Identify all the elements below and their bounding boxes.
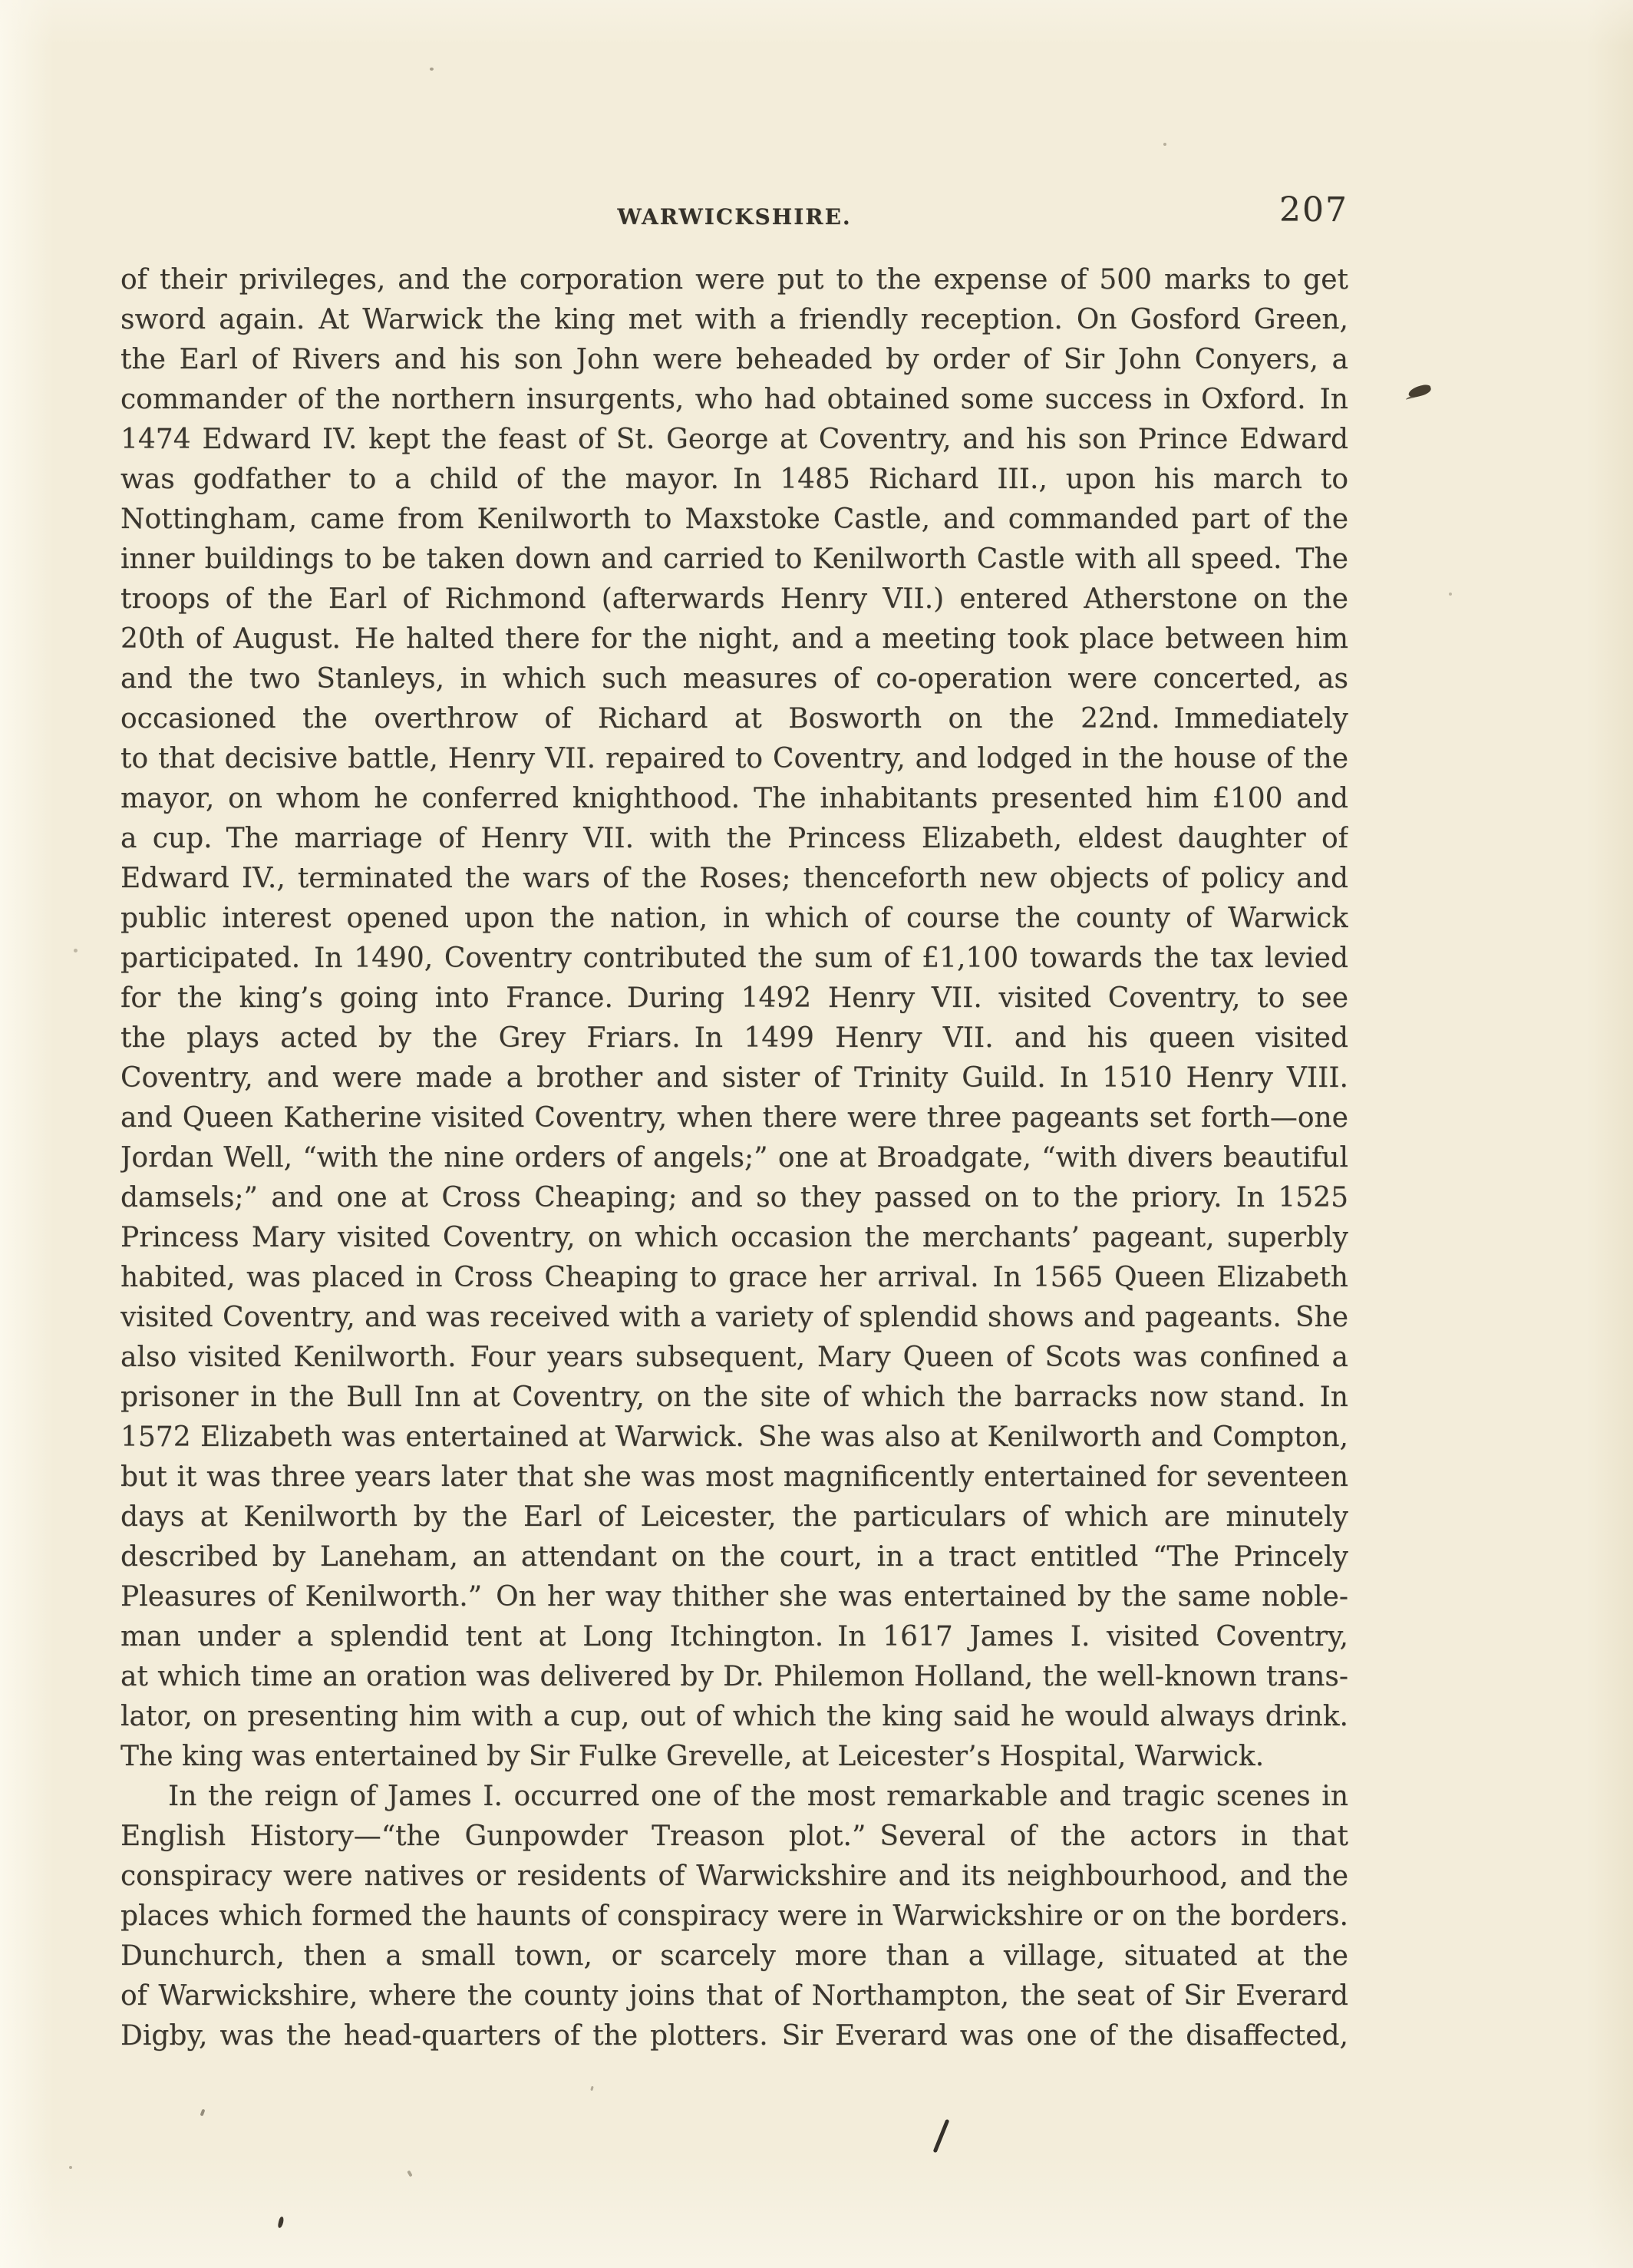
text-line: sword again. At Warwick the king met wit…	[120, 300, 1348, 340]
page-number: 207	[1268, 190, 1348, 229]
text-line: a cup. The marriage of Henry VII. with t…	[120, 819, 1348, 859]
text-line: Nottingham, came from Kenilworth to Maxs…	[120, 500, 1348, 540]
text-line: man under a splendid tent at Long Itchin…	[120, 1617, 1348, 1657]
text-line: Dunchurch, then a small town, or scarcel…	[120, 1936, 1348, 1976]
text-line: The king was entertained by Sir Fulke Gr…	[120, 1737, 1348, 1777]
text-line: Princess Mary visited Coventry, on which…	[120, 1218, 1348, 1258]
text-line: damsels;” and one at Cross Cheaping; and…	[120, 1178, 1348, 1218]
text-line: places which formed the haunts of conspi…	[120, 1897, 1348, 1936]
text-line: participated. In 1490, Coventry contribu…	[120, 939, 1348, 979]
text-line: at which time an oration was delivered b…	[120, 1657, 1348, 1697]
text-line: occasioned the overthrow of Richard at B…	[120, 699, 1348, 739]
text-line: Pleasures of Kenilworth.” On her way thi…	[120, 1577, 1348, 1617]
text-line: inner buildings to be taken down and car…	[120, 540, 1348, 579]
paper-speck	[1449, 593, 1452, 596]
text-line: 20th of August. He halted there for the …	[120, 619, 1348, 659]
text-line: Edward IV., terminated the wars of the R…	[120, 859, 1348, 899]
text-line: prisoner in the Bull Inn at Coventry, on…	[120, 1378, 1348, 1418]
text-line: days at Kenilworth by the Earl of Leices…	[120, 1497, 1348, 1537]
text-line: 1474 Edward IV. kept the feast of St. Ge…	[120, 420, 1348, 460]
text-line: lator, on presenting him with a cup, out…	[120, 1697, 1348, 1737]
text-line: for the king’s going into France. During…	[120, 979, 1348, 1018]
text-line: conspiracy were natives or residents of …	[120, 1857, 1348, 1897]
text-line: of their privileges, and the corporation…	[120, 260, 1348, 300]
text-line: Digby, was the head-quarters of the plot…	[120, 2016, 1348, 2056]
stray-ink-comma	[278, 2217, 285, 2229]
page-edge-highlight-top	[0, 0, 1633, 46]
text-line: English History—“the Gunpowder Treason p…	[120, 1817, 1348, 1857]
text-line: of Warwickshire, where the county joins …	[120, 1976, 1348, 2016]
paper-speck	[200, 2109, 206, 2117]
paper-speck	[69, 2166, 72, 2169]
paper-speck	[590, 2086, 593, 2091]
text-line: also visited Kenilworth. Four years subs…	[120, 1338, 1348, 1378]
paper-speck	[430, 68, 434, 71]
page-edge-highlight-bottom	[0, 2153, 1633, 2268]
text-line: visited Coventry, and was received with …	[120, 1298, 1348, 1338]
text-line: public interest opened upon the nation, …	[120, 899, 1348, 939]
text-line: troops of the Earl of Richmond (afterwar…	[120, 579, 1348, 619]
text-line: Coventry, and were made a brother and si…	[120, 1058, 1348, 1098]
text-line: was godfather to a child of the mayor. I…	[120, 460, 1348, 500]
paper-speck	[74, 949, 78, 952]
text-line: 1572 Elizabeth was entertained at Warwic…	[120, 1418, 1348, 1458]
book-page-scan: WARWICKSHIRE. 207 of their privileges, a…	[0, 0, 1633, 2268]
text-line: mayor, on whom he conferred knighthood. …	[120, 779, 1348, 819]
text-line: commander of the northern insurgents, wh…	[120, 380, 1348, 420]
text-line: and the two Stanleys, in which such meas…	[120, 659, 1348, 699]
body-text: of their privileges, and the corporation…	[120, 260, 1348, 2056]
paper-speck	[1163, 143, 1166, 146]
text-line: described by Laneham, an attendant on th…	[120, 1537, 1348, 1577]
text-line: to that decisive battle, Henry VII. repa…	[120, 739, 1348, 779]
page-edge-highlight-left	[0, 0, 54, 2268]
text-line: In the reign of James I. occurred one of…	[120, 1777, 1348, 1817]
page-edge-shade-right	[1587, 0, 1633, 2268]
paper-speck	[407, 2171, 412, 2177]
text-line: the Earl of Rivers and his son John were…	[120, 340, 1348, 380]
ink-blot	[1407, 384, 1432, 399]
text-line: and Queen Katherine visited Coventry, wh…	[120, 1098, 1348, 1138]
text-line: the plays acted by the Grey Friars. In 1…	[120, 1018, 1348, 1058]
text-line: but it was three years later that she wa…	[120, 1458, 1348, 1497]
text-line: habited, was placed in Cross Cheaping to…	[120, 1258, 1348, 1298]
text-line: Jordan Well, “with the nine orders of an…	[120, 1138, 1348, 1178]
stray-pen-mark	[933, 2119, 950, 2154]
running-header: WARWICKSHIRE.	[120, 204, 1348, 229]
